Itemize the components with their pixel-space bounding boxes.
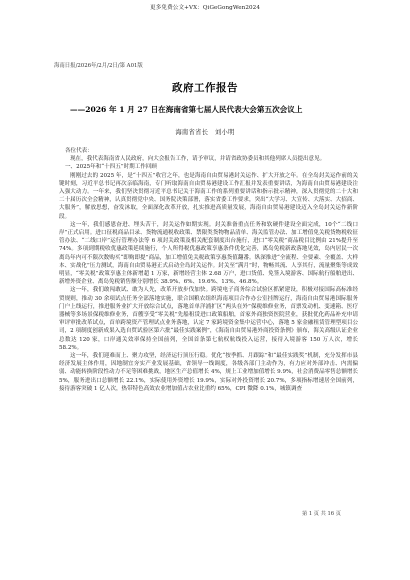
document-body: 各位代表： 现在，我代表海南省人民政府，向大会报告工作，请予审议，并请省政协委员… [59, 147, 358, 393]
paragraph: 刚刚过去的 2025 年，是“十四五”收官之年，也是海南自由贸易港封关运作、扩大… [59, 172, 358, 221]
watermark-text: 更多免费公文+VX：QiGeGongWen2024 [0, 3, 410, 11]
page-indicator: 第 1 页 共 16 页 [302, 510, 341, 517]
section-heading: 一、2025年和“十四五”时期工作回顾 [59, 163, 358, 171]
paragraph: 这一年，我们迎难而上、聚力攻坚，经济运行顶压行稳。优化“按季抓、月跟踪”和“最佳… [59, 352, 358, 393]
document-author: 海南省省长 刘小明 [0, 127, 410, 136]
document-subtitle: ——2026 年 1 月 27 日在海南省第七届人民代表大会第五次会议上 [70, 104, 302, 115]
document-title: 政府工作报告 [0, 80, 410, 95]
paragraph: 这一年，我们感恩奋进、埋头苦干，封关运作如期实现。封关准备重点任务和软硬件建设全… [59, 221, 358, 287]
salutation: 各位代表： [59, 147, 358, 155]
source-line: 海南日报/2026年/2月/2日/第 A01版 [54, 61, 143, 69]
paragraph: 这一年，我们敢闯敢试、敢为人先，改革开放步伐加快。跨境电子商务综合试验区抓紧建设… [59, 286, 358, 352]
paragraph-intro: 现在，我代表海南省人民政府，向大会报告工作，请予审议，并请省政协委员和其他列席人… [59, 155, 358, 163]
